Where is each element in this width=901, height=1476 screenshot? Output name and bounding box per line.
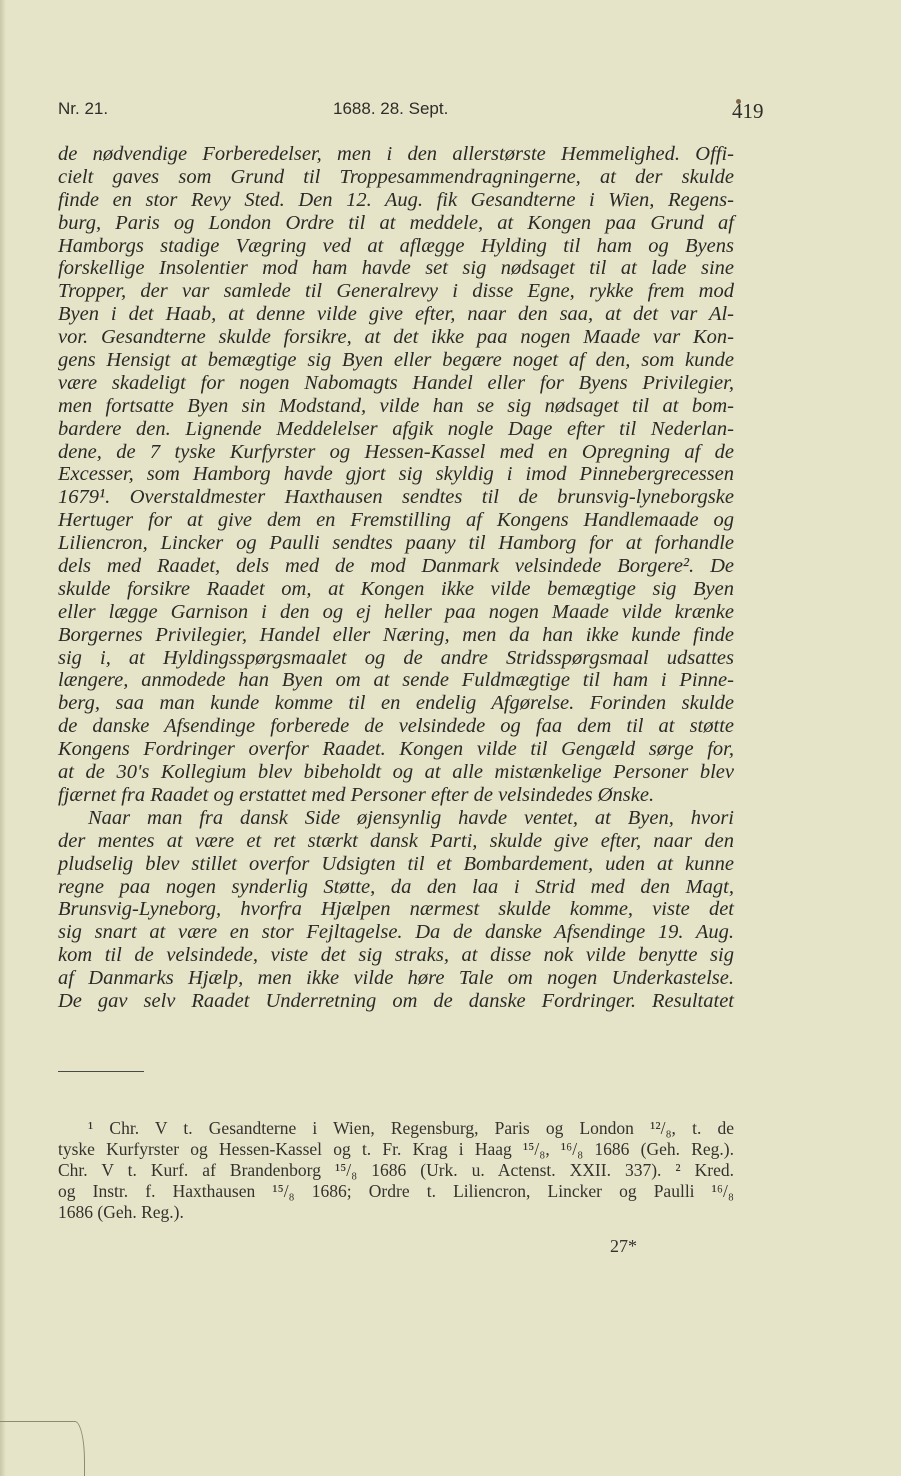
body-line: Liliencron, Lincker og Paulli sendtes pa… bbox=[58, 532, 734, 555]
footnote-line: ¹ Chr. V t. Gesandterne i Wien, Regensbu… bbox=[58, 1118, 734, 1139]
body-line: Borgernes Privilegier, Handel eller Næri… bbox=[58, 624, 734, 647]
body-line: forskellige Insolentier mod ham havde se… bbox=[58, 257, 734, 280]
body-line: finde en stor Revy Sted. Den 12. Aug. fi… bbox=[58, 189, 734, 212]
body-line: eller lægge Garnison i den og ej heller … bbox=[58, 601, 734, 624]
body-line: vor. Gesandterne skulde forsikre, at det… bbox=[58, 326, 734, 349]
footnote-line: 1686 (Geh. Reg.). bbox=[58, 1202, 734, 1223]
body-line: gens Hensigt at bemægtige sig Byen eller… bbox=[58, 349, 734, 372]
body-line: Brunsvig-Lyneborg, hvorfra Hjælpen nærme… bbox=[58, 898, 734, 921]
footnotes: ¹ Chr. V t. Gesandterne i Wien, Regensbu… bbox=[58, 1118, 734, 1223]
body-line: skulde forsikre Raadet om, at Kongen ikk… bbox=[58, 578, 734, 601]
body-line: at de 30's Kollegium blev bibeholdt og a… bbox=[58, 761, 734, 784]
body-line: berg, saa man kunde komme til en endelig… bbox=[58, 692, 734, 715]
body-line: bardere den. Lignende Meddelelser afgik … bbox=[58, 418, 734, 441]
body-line: sig i, at Hyldingsspørgsmaalet og de and… bbox=[58, 647, 734, 670]
body-line: 1679¹. Overstaldmester Haxthausen sendte… bbox=[58, 486, 734, 509]
body-line: de danske Afsendinge forberede de velsin… bbox=[58, 715, 734, 738]
body-line: men fortsatte Byen sin Modstand, vilde h… bbox=[58, 395, 734, 418]
body-line: burg, Paris og London Ordre til at medde… bbox=[58, 212, 734, 235]
body-line: De gav selv Raadet Underretning om de da… bbox=[58, 990, 734, 1013]
body-line: længere, anmodede han Byen om at sende F… bbox=[58, 669, 734, 692]
body-line: af Danmarks Hjælp, men ikke vilde høre T… bbox=[58, 967, 734, 990]
signature-mark: 27* bbox=[610, 1236, 637, 1257]
body-line: Hamborgs stadige Vægring ved at aflægge … bbox=[58, 235, 734, 258]
body-line: Hertuger for at give dem en Fremstilling… bbox=[58, 509, 734, 532]
body-line: regne paa nogen synderlig Støtte, da den… bbox=[58, 876, 734, 899]
body-line: kom til de velsindede, viste det sig str… bbox=[58, 944, 734, 967]
body-line: pludselig blev stillet overfor Udsigten … bbox=[58, 853, 734, 876]
body-text: de nødvendige Forberedelser, men i den a… bbox=[58, 143, 734, 1013]
running-head: Nr. 21. 1688. 28. Sept. 419 bbox=[58, 99, 758, 123]
bullet-mark-icon bbox=[736, 99, 741, 104]
document-date: 1688. 28. Sept. bbox=[333, 99, 448, 119]
footnote-line: og Instr. f. Haxthausen ¹⁵/₈ 1686; Ordre… bbox=[58, 1181, 734, 1202]
body-line: fjærnet fra Raadet og erstattet med Pers… bbox=[58, 784, 734, 807]
paragraph-start-line: Naar man fra dansk Side øjensynlig havde… bbox=[58, 807, 734, 830]
body-line: være skadeligt for nogen Nabomagts Hande… bbox=[58, 372, 734, 395]
body-line: Excesser, som Hamborg havde gjort sig sk… bbox=[58, 463, 734, 486]
body-line: dels med Raadet, dels med de mod Danmark… bbox=[58, 555, 734, 578]
footnote-separator-rule bbox=[58, 1071, 144, 1072]
footnote-line: Chr. V t. Kurf. af Brandenborg ¹⁵/₈ 1686… bbox=[58, 1160, 734, 1181]
body-line: Kongens Fordringer overfor Raadet. Konge… bbox=[58, 738, 734, 761]
document-number: Nr. 21. bbox=[58, 99, 108, 119]
body-line: der mentes at være et ret stærkt dansk P… bbox=[58, 830, 734, 853]
body-line: cielt gaves som Grund til Troppesammendr… bbox=[58, 166, 734, 189]
page-tab-outline bbox=[0, 1421, 85, 1476]
footnote-line: tyske Kurfyrster og Hessen-Kassel og t. … bbox=[58, 1139, 734, 1160]
body-line: dene, de 7 tyske Kurfyrster og Hessen-Ka… bbox=[58, 441, 734, 464]
body-line: de nødvendige Forberedelser, men i den a… bbox=[58, 143, 734, 166]
page-binding-edge bbox=[0, 0, 6, 1476]
body-line: Tropper, der var samlede til Generalrevy… bbox=[58, 280, 734, 303]
body-line: sig snart at være en stor Fejltagelse. D… bbox=[58, 921, 734, 944]
body-line: Byen i det Haab, at denne vilde give eft… bbox=[58, 303, 734, 326]
